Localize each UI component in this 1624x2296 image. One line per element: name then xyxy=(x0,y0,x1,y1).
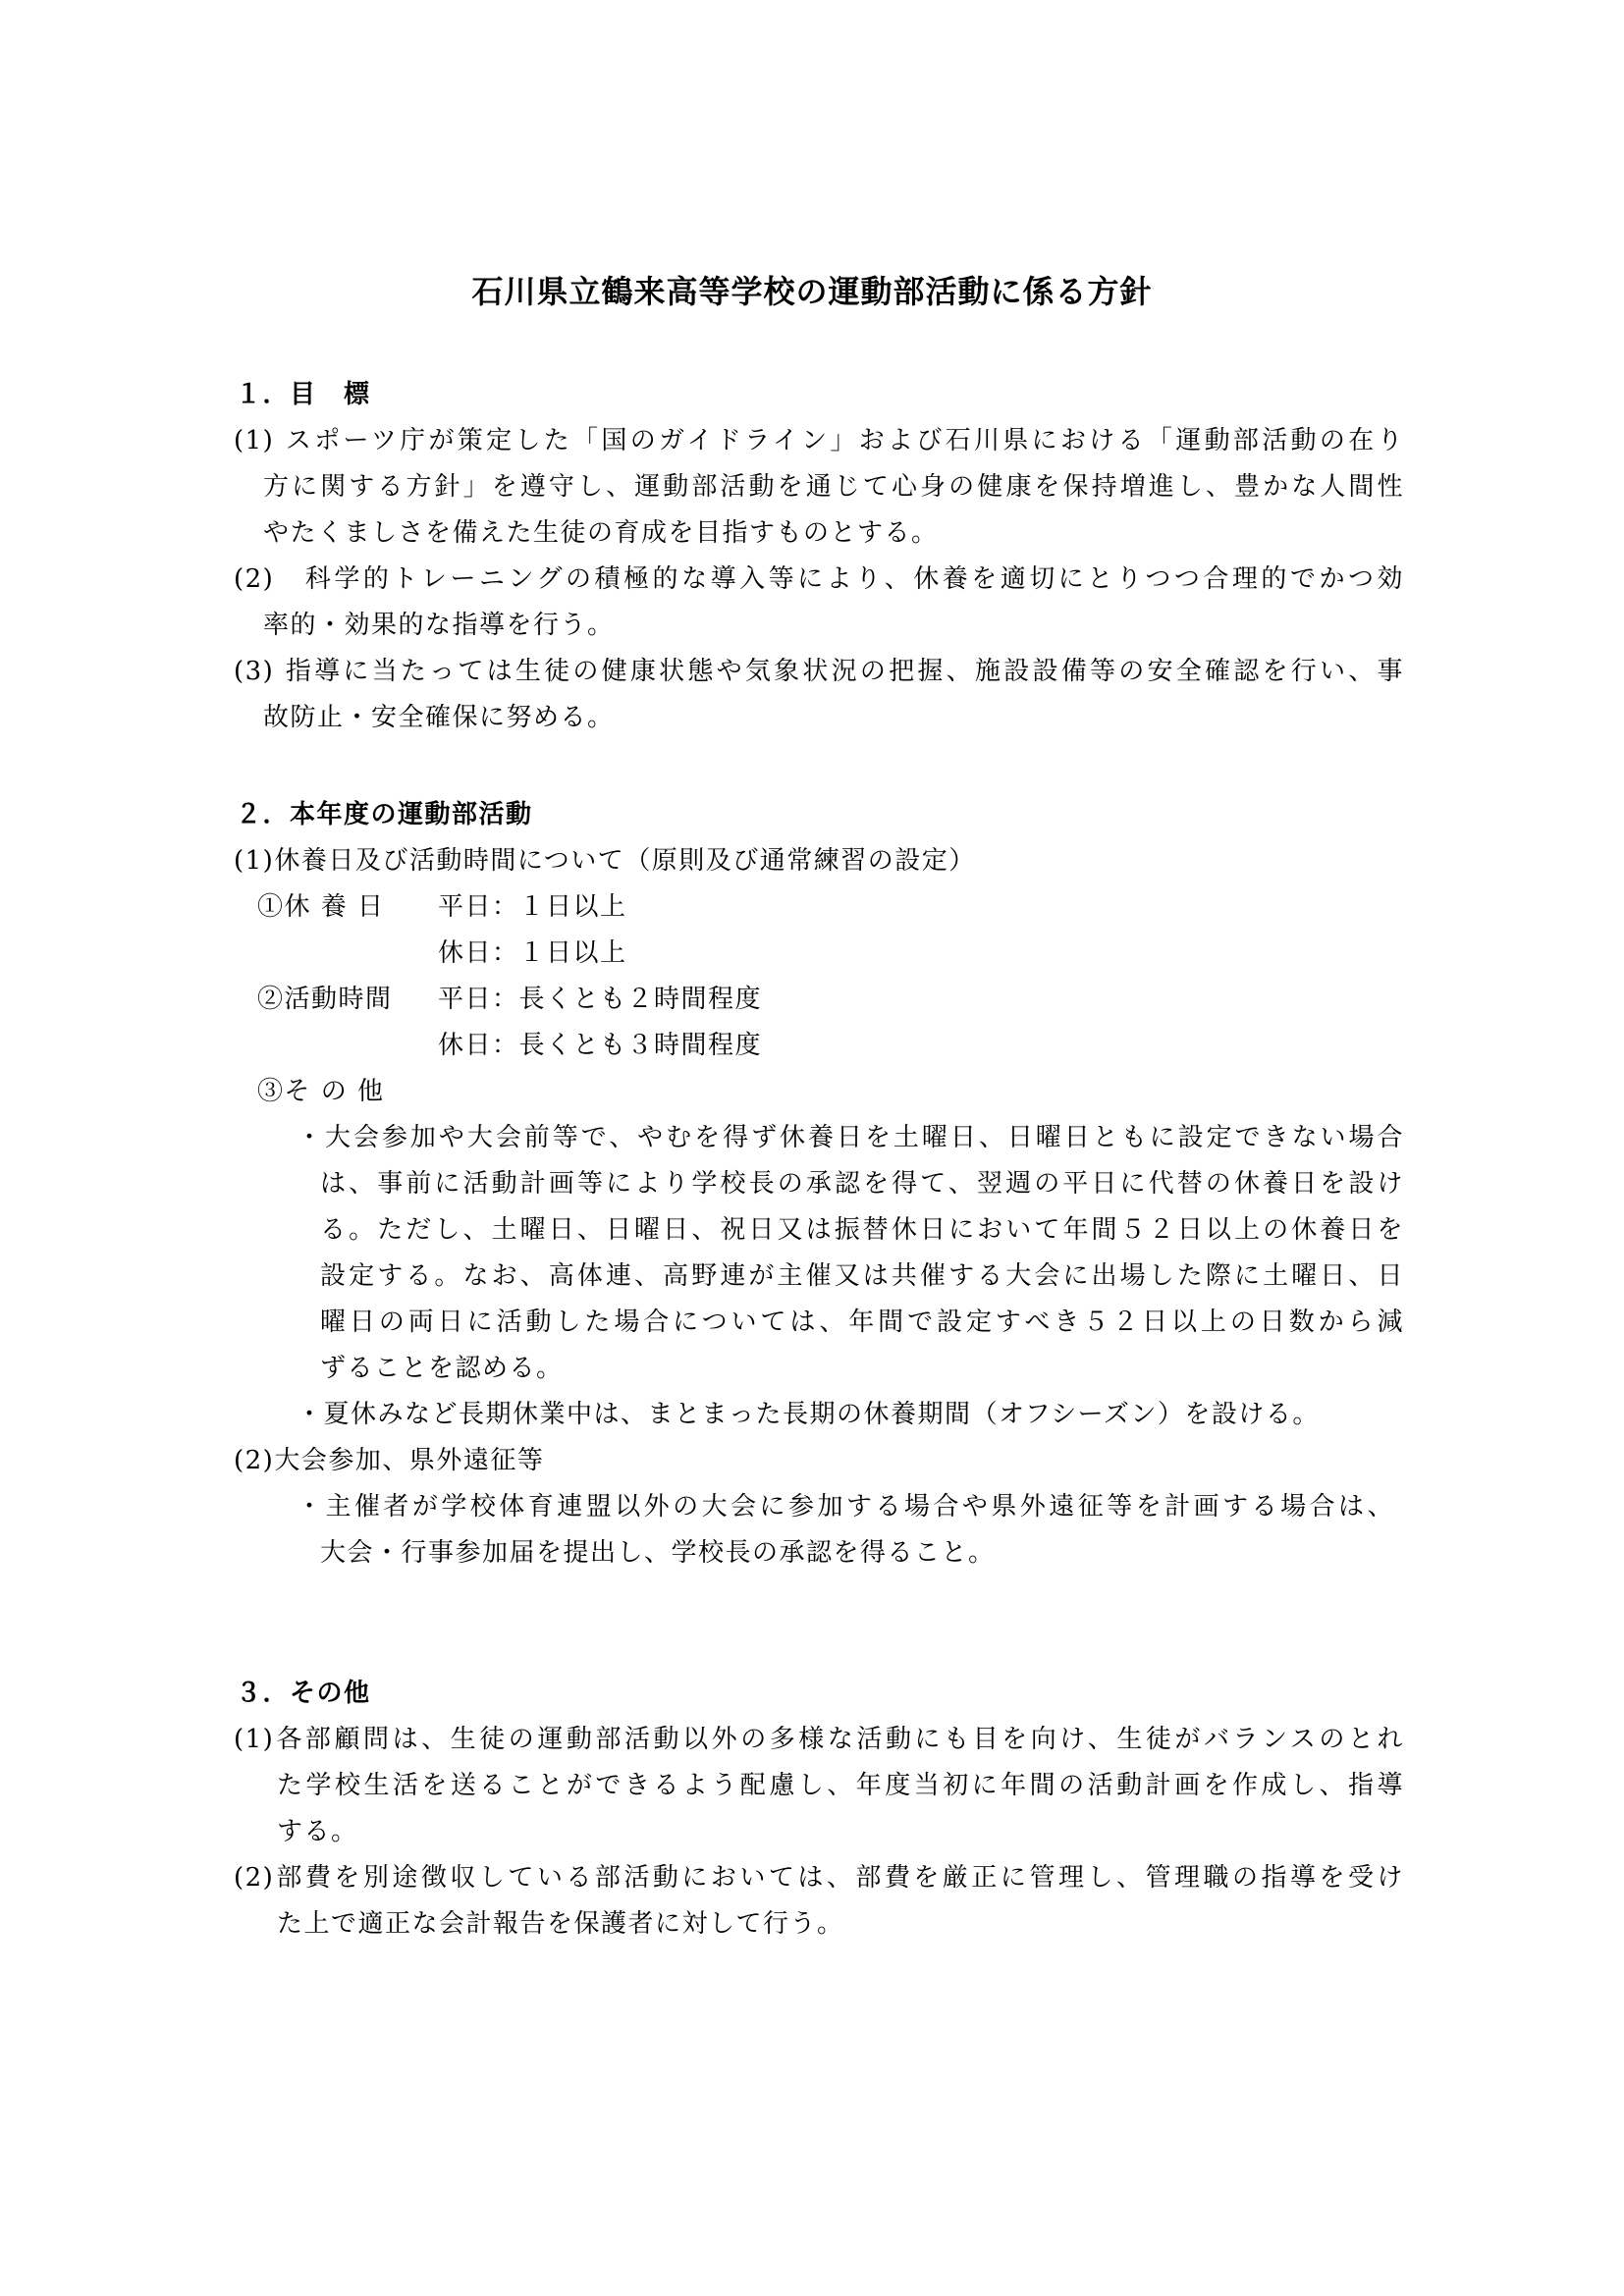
subsection-label: (2)大会参加、県外遠征等 xyxy=(234,1438,544,1483)
activity-time-weekday: 平日：長くとも２時間程度 xyxy=(438,977,762,1022)
section-1-heading: １．目 標 xyxy=(236,372,371,417)
paragraph-line: する。 xyxy=(277,1809,358,1854)
rest-days-holiday: 休日：１日以上 xyxy=(438,931,627,976)
paragraph-line: た上で適正な会計報告を保護者に対して行う。 xyxy=(277,1901,844,1947)
document-page: 石川県立鶴来高等学校の運動部活動に係る方針 １．目 標 (1) スポーツ庁が策定… xyxy=(0,0,1624,2296)
activity-time-label: ②活動時間 xyxy=(257,977,393,1022)
paragraph-line: 率的・効果的な指導を行う。 xyxy=(263,603,615,648)
section-3-heading: ３．その他 xyxy=(236,1671,371,1716)
paragraph-line: 故防止・安全確保に努める。 xyxy=(263,695,615,740)
bullet-line: は、事前に活動計画等により学校長の承認を得て、翌週の平日に代替の休養日を設け xyxy=(320,1161,1404,1206)
bullet-line: 設定する。なお、高体連、高野連が主催又は共催する大会に出場した際に土曜日、日 xyxy=(320,1254,1404,1299)
other-bullet-2: ・夏休みなど長期休業中は、まとまった長期の休養期間（オフシーズン）を設ける。 xyxy=(297,1392,1320,1437)
bullet-line: ずることを認める。 xyxy=(320,1346,564,1391)
rest-days-weekday: 平日：１日以上 xyxy=(438,884,627,930)
section-2-heading: ２．本年度の運動部活動 xyxy=(236,792,533,837)
rest-days-label: ①休 養 日 xyxy=(257,884,385,930)
bullet-line: る。ただし、土曜日、日曜日、祝日又は振替休日において年間５２日以上の休養日を xyxy=(320,1207,1404,1253)
paragraph-line: (2)部費を別途徴収している部活動においては、部費を厳正に管理し、管理職の指導を… xyxy=(234,1855,1404,1900)
bullet-line: 大会・行事参加届を提出し、学校長の承認を得ること。 xyxy=(320,1530,996,1575)
bullet-line: 曜日の両日に活動した場合については、年間で設定すべき５２日以上の日数から減 xyxy=(320,1300,1404,1345)
paragraph-line: (3) 指導に当たっては生徒の健康状態や気象状況の把握、施設設備等の安全確認を行… xyxy=(234,649,1404,694)
paragraph-line: (1) スポーツ庁が策定した「国のガイドライン」および石川県における「運動部活動… xyxy=(234,418,1404,463)
paragraph-line: (2) 科学的トレーニングの積極的な導入等により、休養を適切にとりつつ合理的でか… xyxy=(234,557,1404,602)
paragraph-line: (1)各部顧問は、生徒の運動部活動以外の多様な活動にも目を向け、生徒がバランスの… xyxy=(234,1717,1404,1762)
paragraph-line: やたくましさを備えた生徒の育成を目指すものとする。 xyxy=(263,510,939,556)
bullet-line: ・大会参加や大会前等で、やむを得ず休養日を土曜日、日曜日ともに設定できない場合 xyxy=(297,1115,1404,1160)
bullet-line: ・主催者が学校体育連盟以外の大会に参加する場合や県外遠征等を計画する場合は、 xyxy=(297,1484,1394,1529)
activity-time-holiday: 休日：長くとも３時間程度 xyxy=(438,1023,762,1068)
document-title: 石川県立鶴来高等学校の運動部活動に係る方針 xyxy=(0,270,1624,313)
subsection-label: (1)休養日及び活動時間について（原則及び通常練習の設定） xyxy=(234,838,976,883)
other-label: ③そ の 他 xyxy=(257,1069,385,1114)
paragraph-line: 方に関する方針」を遵守し、運動部活動を通じて心身の健康を保持増進し、豊かな人間性 xyxy=(263,464,1404,509)
paragraph-line: た学校生活を送ることができるよう配慮し、年度当初に年間の活動計画を作成し、指導 xyxy=(277,1763,1404,1808)
